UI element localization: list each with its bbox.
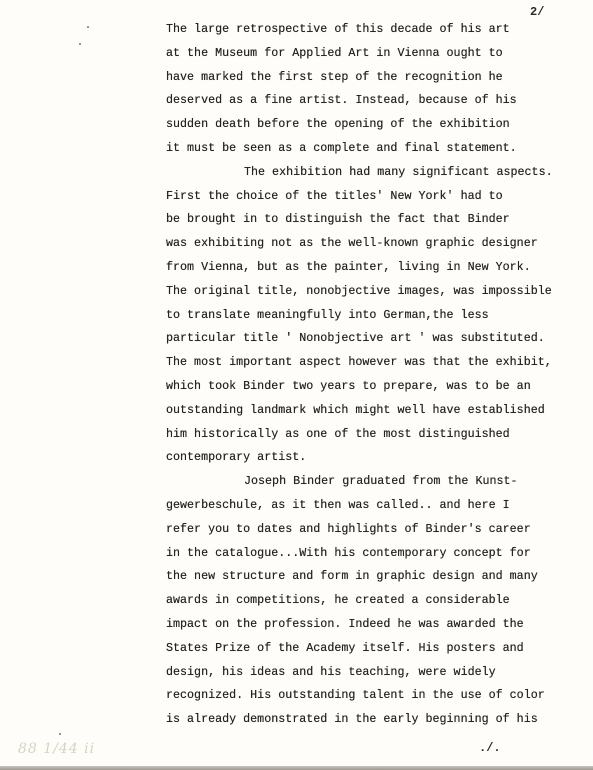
page-number: 2/ xyxy=(530,5,544,19)
text-line: The original title, nonobjective images,… xyxy=(166,280,586,304)
text-line: have marked the first step of the recogn… xyxy=(166,66,586,90)
text-line: outstanding landmark which might well ha… xyxy=(166,399,586,423)
text-line: at the Museum for Applied Art in Vienna … xyxy=(166,42,586,66)
text-line: The most important aspect however was th… xyxy=(166,351,586,375)
text-line: the new structure and form in graphic de… xyxy=(166,565,586,589)
text-line: which took Binder two years to prepare, … xyxy=(166,375,586,399)
text-line: gewerbeschule, as it then was called.. a… xyxy=(166,494,586,518)
text-line: contemporary artist. xyxy=(166,446,586,470)
text-line: design, his ideas and his teaching, were… xyxy=(166,661,586,685)
text-line: him historically as one of the most dist… xyxy=(166,423,586,447)
text-line: deserved as a fine artist. Instead, beca… xyxy=(166,89,586,113)
text-line: First the choice of the titles' New York… xyxy=(166,185,586,209)
text-line: to translate meaningfully into German,th… xyxy=(166,304,586,328)
typewritten-body: The large retrospective of this decade o… xyxy=(166,18,586,732)
document-page: 2/ The large retrospective of this decad… xyxy=(0,0,593,767)
paper-speck xyxy=(87,26,89,28)
page-bottom-edge xyxy=(0,766,593,770)
continuation-mark: ./. xyxy=(479,741,501,755)
text-line: is already demonstrated in the early beg… xyxy=(166,708,586,732)
text-line: recognized. His outstanding talent in th… xyxy=(166,684,586,708)
paper-speck xyxy=(79,43,81,45)
text-line: be brought in to distinguish the fact th… xyxy=(166,208,586,232)
text-line: it must be seen as a complete and final … xyxy=(166,137,586,161)
text-line: particular title ' Nonobjective art ' wa… xyxy=(166,327,586,351)
text-line: Joseph Binder graduated from the Kunst- xyxy=(166,470,586,494)
pencil-archive-annotation: 88 1/44 ii xyxy=(18,741,95,757)
text-line: impact on the profession. Indeed he was … xyxy=(166,613,586,637)
text-line: refer you to dates and highlights of Bin… xyxy=(166,518,586,542)
text-line: from Vienna, but as the painter, living … xyxy=(166,256,586,280)
paper-speck xyxy=(59,733,61,735)
text-line: was exhibiting not as the well-known gra… xyxy=(166,232,586,256)
text-line: in the catalogue...With his contemporary… xyxy=(166,542,586,566)
text-line: The exhibition had many significant aspe… xyxy=(166,161,586,185)
text-line: The large retrospective of this decade o… xyxy=(166,18,586,42)
text-line: sudden death before the opening of the e… xyxy=(166,113,586,137)
text-line: awards in competitions, he created a con… xyxy=(166,589,586,613)
text-line: States Prize of the Academy itself. His … xyxy=(166,637,586,661)
